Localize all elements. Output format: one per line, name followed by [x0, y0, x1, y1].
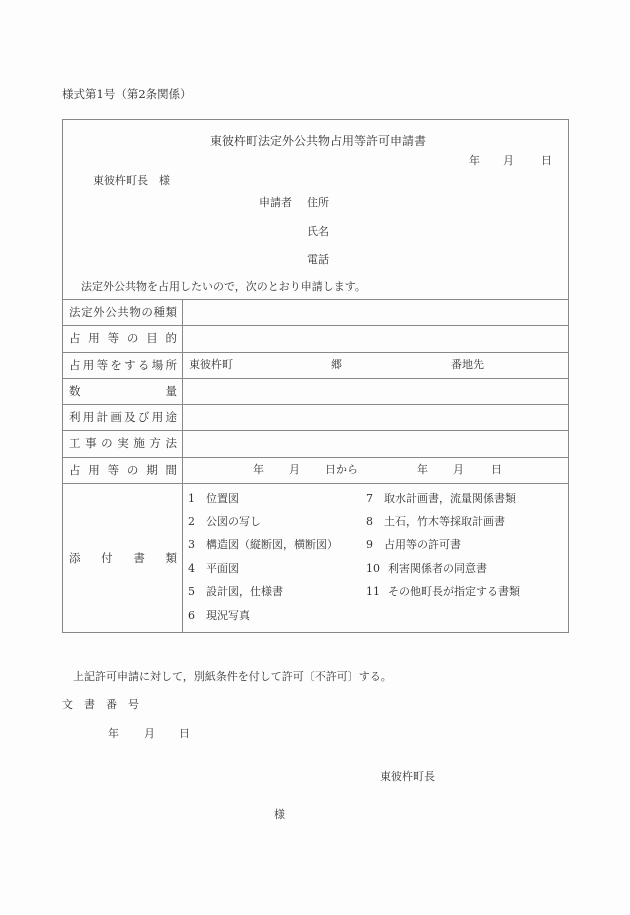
attachment-item: 2公図の写し [188, 514, 261, 530]
field-quantity[interactable] [185, 378, 568, 404]
period-from-month: 月 [289, 457, 300, 483]
form-title: 東彼杵町法定外公共物占用等許可申請書 [210, 132, 426, 149]
field-usage-plan[interactable] [185, 404, 568, 430]
attachment-item: 3構造図（縦断図，横断図） [188, 537, 338, 553]
attachment-item: 8土石，竹木等採取計画書 [366, 514, 505, 530]
period-to-month: 月 [453, 457, 464, 483]
attachment-item: 4平面図 [188, 561, 239, 577]
field-construction-method[interactable] [185, 430, 568, 456]
footer-date-day: 日 [179, 725, 190, 741]
label-attachments: 添付書類 [69, 483, 177, 633]
period-to-year: 年 [417, 457, 428, 483]
honorific: 様 [274, 806, 285, 822]
application-statement: 法定外公共物を占用したいので，次のとおり申請します。 [81, 278, 366, 294]
period-from-day: 日から [325, 457, 358, 483]
label-quantity: 数量 [69, 378, 177, 404]
location-town: 東彼杵町 [189, 352, 233, 378]
attachment-item: 6現況写真 [188, 608, 250, 624]
footer-date-year: 年 [108, 725, 119, 741]
attachment-item: 5設計図，仕様書 [188, 584, 283, 600]
decision-statement: 上記許可申請に対して，別紙条件を付して許可〔不許可〕する。 [73, 668, 392, 684]
column-divider [182, 299, 183, 633]
label-location: 占用等をする場所 [69, 352, 177, 378]
label-construction-method: 工事の実施方法 [69, 430, 177, 456]
form-number: 様式第1号（第2条関係） [62, 86, 192, 102]
document-number-label: 文書番号 [62, 696, 139, 712]
date-month: 月 [503, 152, 514, 168]
attachment-item: 10利害関係者の同意書 [366, 561, 487, 577]
date-year: 年 [469, 152, 480, 168]
addressee: 東彼杵町長 様 [93, 172, 170, 188]
field-period[interactable]: 年 月 日から 年 月 日 [185, 457, 568, 483]
address-label: 住所 [307, 194, 329, 210]
period-from-year: 年 [253, 457, 264, 483]
applicant-label: 申請者 [259, 194, 292, 210]
date-day: 日 [541, 152, 552, 168]
location-district: 郷 [331, 352, 342, 378]
field-purpose[interactable] [185, 325, 568, 351]
attachment-item: 1位置図 [188, 491, 239, 507]
label-public-property-type: 法定外公共物の種類 [69, 299, 177, 325]
field-location[interactable]: 東彼杵町 郷 番地先 [185, 352, 568, 378]
issuer: 東彼杵町長 [380, 768, 435, 784]
attachment-item: 7取水計画書，流量関係書類 [366, 491, 516, 507]
label-period: 占用等の期間 [69, 457, 177, 483]
attachment-item: 9占用等の許可書 [366, 537, 461, 553]
phone-label: 電話 [307, 251, 329, 267]
label-usage-plan: 利用計画及び用途 [69, 404, 177, 430]
application-form-table: 東彼杵町法定外公共物占用等許可申請書 年 月 日 東彼杵町長 様 申請者 住所 … [62, 119, 569, 633]
name-label: 氏名 [307, 223, 329, 239]
location-lot: 番地先 [451, 352, 484, 378]
label-purpose: 占用等の目的 [69, 325, 177, 351]
attachment-item: 11その他町長が指定する書類 [366, 584, 520, 600]
field-public-property-type[interactable] [185, 299, 568, 325]
footer-date-month: 月 [144, 725, 155, 741]
period-to-day: 日 [491, 457, 502, 483]
